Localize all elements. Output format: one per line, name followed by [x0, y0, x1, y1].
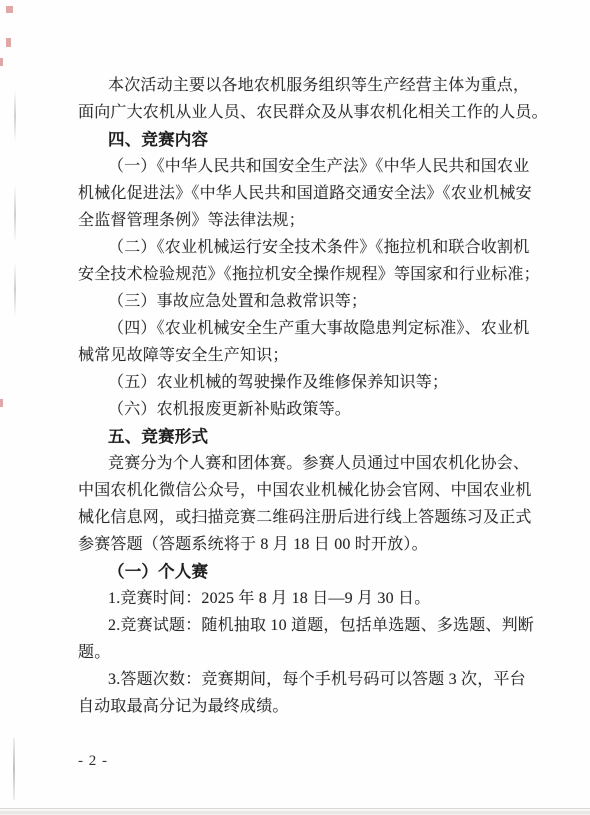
- scan-streak: [14, 185, 16, 243]
- scan-streak: [14, 90, 16, 142]
- doc-line: （一）《中华人民共和国安全生产法》《中华人民共和国农业: [78, 153, 530, 180]
- doc-line: 机械化促进法》《中华人民共和国道路交通安全法》《农业机械安: [78, 180, 530, 207]
- doc-line: 竞赛分为个人赛和团体赛。参赛人员通过中国农机化协会、: [78, 450, 530, 477]
- scan-speck: [0, 58, 3, 66]
- doc-line: 本次活动主要以各地农机服务组织等生产经营主体为重点，: [78, 72, 530, 99]
- doc-line: 3.答题次数：竞赛期间，每个手机号码可以答题 3 次，平台: [78, 666, 530, 693]
- scan-speck: [6, 6, 13, 13]
- doc-line: 全监督管理条例》等法律法规；: [78, 207, 530, 234]
- doc-line: 械常见故障等安全生产知识；: [78, 342, 530, 369]
- doc-line: 2.竞赛试题：随机抽取 10 道题，包括单选题、多选题、判断: [78, 612, 530, 639]
- doc-line: 参赛答题（答题系统将于 8 月 18 日 00 时开放）。: [78, 531, 530, 558]
- doc-line: 自动取最高分记为最终成绩。: [78, 693, 530, 720]
- doc-line: （一）个人赛: [78, 558, 530, 585]
- doc-line: 1.竞赛时间：2025 年 8 月 18 日—9 月 30 日。: [78, 585, 530, 612]
- scan-streak: [13, 738, 15, 800]
- doc-line: （六）农机报废更新补贴政策等。: [78, 396, 530, 423]
- doc-line: 题。: [78, 639, 530, 666]
- scanned-document-page: 本次活动主要以各地农机服务组织等生产经营主体为重点，面向广大农机从业人员、农民群…: [0, 0, 590, 815]
- doc-line: 中国农机化微信公众号，中国农业机械化协会官网、中国农业机: [78, 477, 530, 504]
- doc-line: （五）农业机械的驾驶操作及维修保养知识等；: [78, 369, 530, 396]
- doc-line: （四）《农业机械安全生产重大事故隐患判定标准》、农业机: [78, 315, 530, 342]
- doc-line: 四、竞赛内容: [78, 126, 530, 153]
- doc-line: （三）事故应急处置和急救常识等；: [78, 288, 530, 315]
- doc-line: 五、竞赛形式: [78, 423, 530, 450]
- doc-line: 安全技术检验规范》《拖拉机安全操作规程》等国家和行业标准；: [78, 261, 530, 288]
- scan-streak: [14, 262, 16, 317]
- page-number: - 2 -: [78, 753, 108, 770]
- scan-speck: [6, 38, 11, 47]
- document-lines: 本次活动主要以各地农机服务组织等生产经营主体为重点，面向广大农机从业人员、农民群…: [78, 72, 530, 720]
- doc-line: 面向广大农机从业人员、农民群众及从事农机化相关工作的人员。: [78, 99, 530, 126]
- doc-line: 械化信息网，或扫描竞赛二维码注册后进行线上答题练习及正式: [78, 504, 530, 531]
- scan-speck: [0, 399, 3, 407]
- page-bottom-shadow: [0, 808, 590, 815]
- doc-line: （二）《农业机械运行安全技术条件》《拖拉机和联合收割机: [78, 234, 530, 261]
